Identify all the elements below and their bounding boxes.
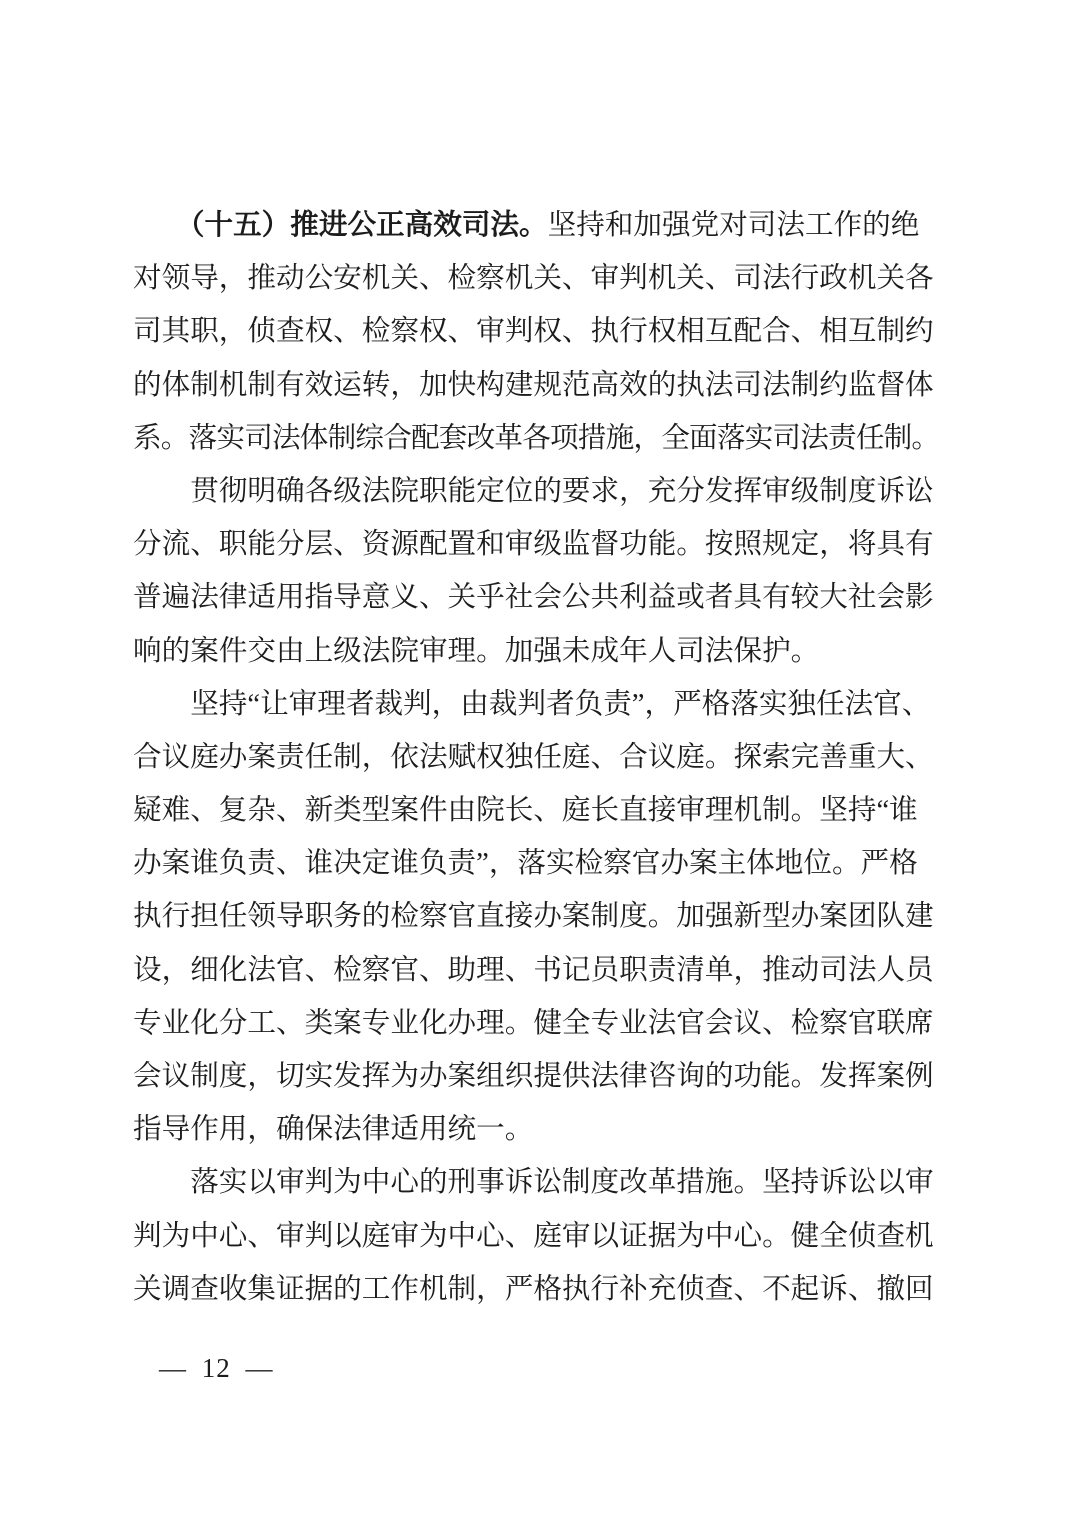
section-heading: （十五）推进公正高效司法。	[190, 210, 547, 241]
text-segment: 判为中心、审判以庭审为中心、庭审以证据为中心。健全侦查机	[133, 1221, 934, 1252]
text-line: 疑难、复杂、新类型案件由院长、庭长直接审理机制。坚持“谁	[133, 784, 939, 837]
text-line: 办案谁负责、谁决定谁负责”，落实检察官办案主体地位。严格	[133, 837, 939, 890]
paragraph-4: 落实以审判为中心的刑事诉讼制度改革措施。坚持诉讼以审判为中心、审判以庭审为中心、…	[133, 1156, 939, 1316]
text-segment: 专业化分工、类案专业化办理。健全专业法官会议、检察官联席	[133, 1008, 934, 1039]
text-segment: 坚持“让审理者裁判，由裁判者负责”，严格落实独任法官、	[133, 689, 930, 720]
text-segment: 疑难、复杂、新类型案件由院长、庭长直接审理机制。坚持“谁	[133, 795, 918, 826]
text-segment: 合议庭办案责任制，依法赋权独任庭、合议庭。探索完善重大、	[133, 742, 934, 773]
document-page: （十五）推进公正高效司法。坚持和加强党对司法工作的绝对领导，推动公安机关、检察机…	[0, 0, 1074, 1520]
text-line: 指导作用，确保法律适用统一。	[133, 1103, 939, 1156]
text-line: 合议庭办案责任制，依法赋权独任庭、合议庭。探索完善重大、	[133, 731, 939, 784]
paragraph-2: 贯彻明确各级法院职能定位的要求，充分发挥审级制度诉讼分流、职能分层、资源配置和审…	[133, 465, 939, 678]
text-segment: 坚持和加强党对司法工作的绝	[548, 210, 920, 241]
text-line: 坚持“让审理者裁判，由裁判者负责”，严格落实独任法官、	[133, 678, 939, 731]
text-segment: 贯彻明确各级法院职能定位的要求，充分发挥审级制度诉讼	[133, 476, 934, 507]
text-line: 关调查收集证据的工作机制，严格执行补充侦查、不起诉、撤回	[133, 1263, 939, 1316]
paragraph-1: （十五）推进公正高效司法。坚持和加强党对司法工作的绝对领导，推动公安机关、检察机…	[133, 199, 939, 465]
text-segment: 对领导，推动公安机关、检察机关、审判机关、司法行政机关各	[133, 263, 934, 294]
text-line: 的体制机制有效运转，加快构建规范高效的执法司法制约监督体	[133, 359, 939, 412]
text-segment: 系。落实司法体制综合配套改革各项措施，全面落实司法责任制。	[133, 423, 939, 454]
text-segment: 会议制度，切实发挥为办案组织提供法律咨询的功能。发挥案例	[133, 1061, 934, 1092]
text-segment	[133, 210, 190, 241]
text-segment: 办案谁负责、谁决定谁负责”，落实检察官办案主体地位。严格	[133, 848, 918, 879]
text-segment: 响的案件交由上级法院审理。加强未成年人司法保护。	[133, 636, 819, 667]
text-line: 系。落实司法体制综合配套改革各项措施，全面落实司法责任制。	[133, 412, 939, 465]
text-line: 对领导，推动公安机关、检察机关、审判机关、司法行政机关各	[133, 252, 939, 305]
text-segment: 的体制机制有效运转，加快构建规范高效的执法司法制约监督体	[133, 370, 934, 401]
text-line: 会议制度，切实发挥为办案组织提供法律咨询的功能。发挥案例	[133, 1050, 939, 1103]
text-line: 司其职，侦查权、检察权、审判权、执行权相互配合、相互制约	[133, 305, 939, 358]
page-number: — 12 —	[159, 1353, 274, 1383]
document-body: （十五）推进公正高效司法。坚持和加强党对司法工作的绝对领导，推动公安机关、检察机…	[133, 199, 939, 1316]
text-segment: 落实以审判为中心的刑事诉讼制度改革措施。坚持诉讼以审	[133, 1167, 934, 1198]
text-line: （十五）推进公正高效司法。坚持和加强党对司法工作的绝	[133, 199, 939, 252]
text-segment: 关调查收集证据的工作机制，严格执行补充侦查、不起诉、撤回	[133, 1274, 934, 1305]
text-segment: 执行担任领导职务的检察官直接办案制度。加强新型办案团队建	[133, 901, 934, 932]
page-footer: — 12 —	[159, 1351, 274, 1385]
text-line: 专业化分工、类案专业化办理。健全专业法官会议、检察官联席	[133, 997, 939, 1050]
text-line: 响的案件交由上级法院审理。加强未成年人司法保护。	[133, 625, 939, 678]
text-segment: 司其职，侦查权、检察权、审判权、执行权相互配合、相互制约	[133, 316, 934, 347]
text-line: 落实以审判为中心的刑事诉讼制度改革措施。坚持诉讼以审	[133, 1156, 939, 1209]
text-line: 普遍法律适用指导意义、关乎社会公共利益或者具有较大社会影	[133, 571, 939, 624]
text-segment: 分流、职能分层、资源配置和审级监督功能。按照规定，将具有	[133, 529, 934, 560]
text-line: 设，细化法官、检察官、助理、书记员职责清单，推动司法人员	[133, 944, 939, 997]
text-line: 贯彻明确各级法院职能定位的要求，充分发挥审级制度诉讼	[133, 465, 939, 518]
paragraph-3: 坚持“让审理者裁判，由裁判者负责”，严格落实独任法官、合议庭办案责任制，依法赋权…	[133, 678, 939, 1157]
text-line: 执行担任领导职务的检察官直接办案制度。加强新型办案团队建	[133, 890, 939, 943]
text-segment: 普遍法律适用指导意义、关乎社会公共利益或者具有较大社会影	[133, 582, 934, 613]
text-segment: 设，细化法官、检察官、助理、书记员职责清单，推动司法人员	[133, 955, 934, 986]
text-line: 判为中心、审判以庭审为中心、庭审以证据为中心。健全侦查机	[133, 1210, 939, 1263]
text-line: 分流、职能分层、资源配置和审级监督功能。按照规定，将具有	[133, 518, 939, 571]
text-segment: 指导作用，确保法律适用统一。	[133, 1114, 533, 1145]
